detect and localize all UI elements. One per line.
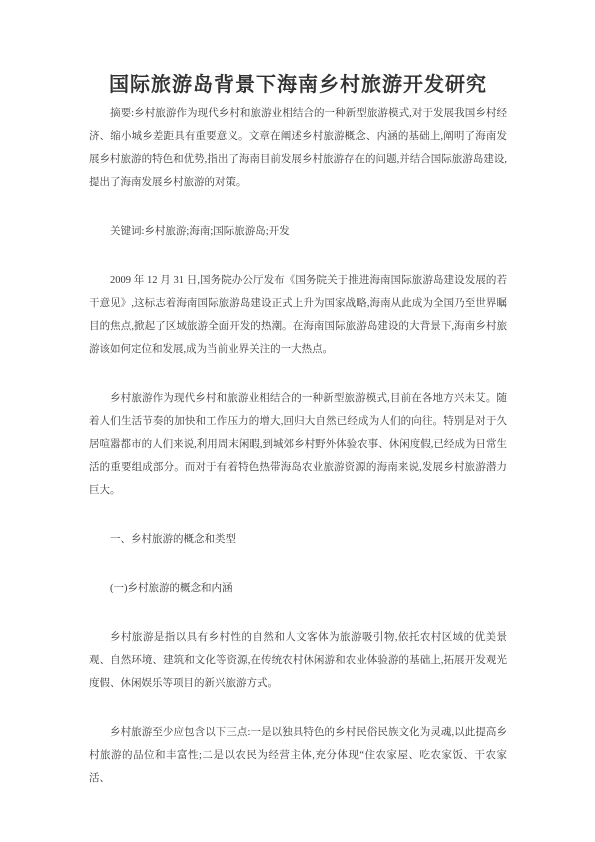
document-page: 国际旅游岛背景下海南乡村旅游开发研究 摘要:乡村旅游作为现代乡村和旅游业相结合的… [0,0,595,842]
section-heading: 一、乡村旅游的概念和类型 [89,528,507,551]
body-paragraph-definition: 乡村旅游是指以具有乡村性的自然和人文客体为旅游吸引物,依托农村区域的优美景观、自… [89,626,507,695]
body-paragraph-rural-tourism-trend: 乡村旅游作为现代乡村和旅游业相结合的一种新型旅游模式,目前在各地方兴未艾。随着人… [89,387,507,502]
document-title: 国际旅游岛背景下海南乡村旅游开发研究 [89,72,507,98]
subsection-heading: (一)乡村旅游的概念和内涵 [89,577,507,600]
abstract-paragraph: 摘要:乡村旅游作为现代乡村和旅游业相结合的一种新型旅游模式,对于发展我国乡村经济… [89,102,507,194]
keywords-line: 关键词:乡村旅游;海南;国际旅游岛;开发 [89,220,507,243]
body-paragraph-policy-background: 2009 年 12 月 31 日,国务院办公厅发布《国务院关于推进海南国际旅游岛… [89,269,507,361]
body-paragraph-three-points: 乡村旅游至少应包含以下三点:一是以独具特色的乡村民俗民族文化为灵魂,以此提高乡村… [89,721,507,790]
